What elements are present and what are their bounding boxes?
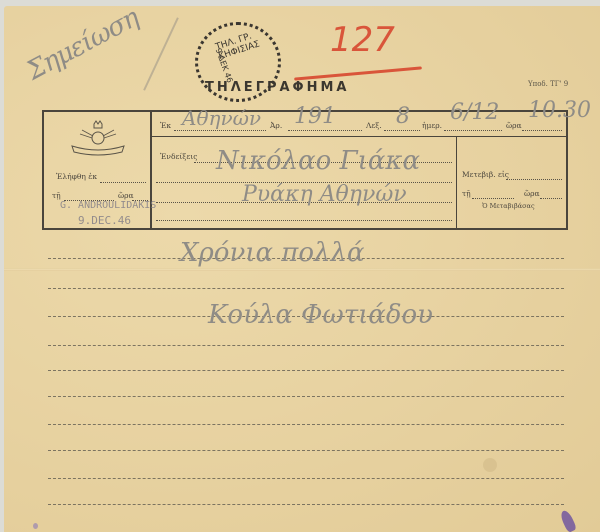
forwarded-time-label: ὥρα: [524, 189, 540, 198]
paper-fold-crease: [4, 268, 600, 271]
address-line-4: [156, 220, 452, 221]
date-value: 6/12: [450, 100, 499, 125]
forwarded-on-label: τῇ: [462, 189, 471, 198]
clerk-stamp-date: 9.DEC.46: [78, 214, 131, 227]
number-label: Ἀρ.: [270, 121, 282, 130]
forwarded-to-label: Μετεβιβ. εἰς: [462, 170, 509, 179]
time-value: 10.30: [528, 98, 591, 123]
received-on-label: τῇ: [52, 191, 61, 200]
time-label: ὥρα: [506, 121, 522, 130]
address-location: Ρυάκη Αθηνών: [242, 182, 407, 207]
address-recipient: Νικόλαο Γιάκα: [216, 146, 420, 176]
received-from-line: [100, 182, 146, 183]
serial-mark: Υποδ. ΤΓ' 9: [528, 80, 568, 88]
message-rule-2: [48, 288, 564, 289]
message-rule-10: [48, 504, 564, 505]
address-label: Ἐνδείξεις: [160, 152, 197, 161]
date-line: [444, 130, 502, 131]
forwarded-date-line: [472, 198, 514, 199]
number-value: 191: [294, 104, 336, 129]
forwarded-time-line: [540, 198, 562, 199]
received-from-label: Ἐλήφθη ἐκ: [56, 172, 97, 181]
received-time-label: ὥρα: [118, 191, 134, 200]
message-rule-4: [48, 345, 564, 346]
message-rule-8: [48, 450, 564, 451]
message-signature: Κούλα Φωτιάδου: [208, 300, 433, 330]
archive-number: 127: [330, 20, 395, 60]
from-value: Αθηνών: [182, 106, 261, 130]
number-line: [288, 130, 362, 131]
message-greeting: Χρόνια πολλά: [180, 238, 365, 268]
telegram-header-form: Ἐλήφθη ἐκ τῇ ὥρα G. ANDROULIDAKIS 9.DEC.…: [42, 110, 568, 230]
document-title: ΤΗΛΕΓΡΑΦΗΜΑ: [205, 80, 350, 95]
words-line: [384, 130, 420, 131]
forwarding-clerk-label: Ὁ Μεταβιβάσας: [482, 202, 535, 210]
date-label: ἡμερ.: [422, 121, 442, 130]
words-label: Λεξ.: [366, 121, 382, 130]
forwarded-to-line: [506, 179, 562, 180]
message-rule-9: [48, 478, 564, 479]
time-line: [522, 130, 562, 131]
message-rule-7: [48, 424, 564, 425]
message-rule-5: [48, 370, 564, 371]
words-value: 8: [396, 104, 410, 129]
paper-stain: [483, 458, 497, 472]
royal-crest-icon: [66, 120, 130, 162]
message-rule-6: [48, 396, 564, 397]
from-line: [174, 130, 266, 131]
header-row-divider: [152, 136, 566, 137]
clerk-stamp-name: G. ANDROULIDAKIS: [60, 200, 156, 211]
violet-ink-dot: [33, 523, 38, 529]
from-label: Ἐκ: [160, 121, 171, 130]
right-panel-divider: [456, 136, 457, 228]
